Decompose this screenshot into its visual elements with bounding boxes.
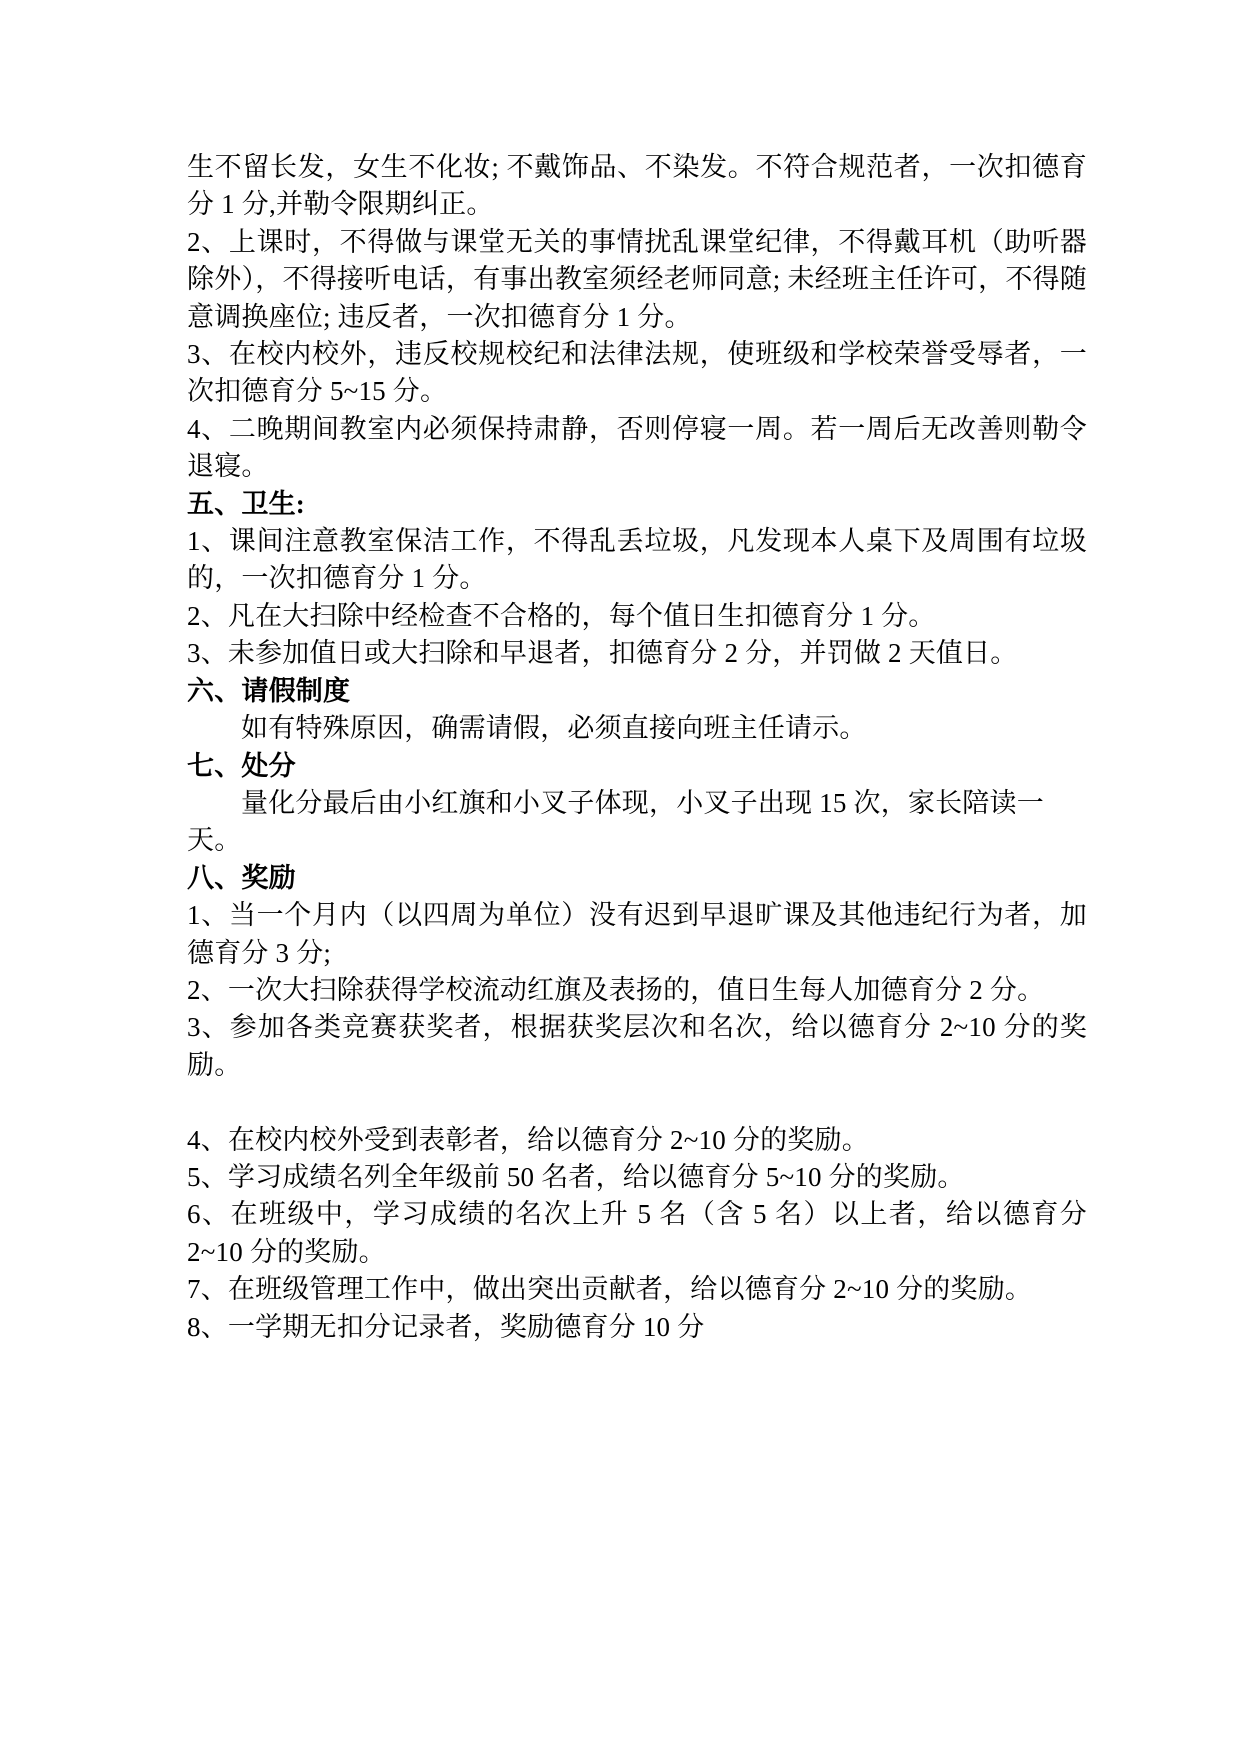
rule-item: 3、在校内校外，违反校规校纪和法律法规，使班级和学校荣誉受辱者，一次扣德育分 5… bbox=[187, 336, 1087, 411]
rule-item: 7、在班级管理工作中，做出突出贡献者，给以德育分 2~10 分的奖励。 bbox=[187, 1271, 1087, 1308]
rule-item: 2、上课时，不得做与课堂无关的事情扰乱课堂纪律，不得戴耳机（助听器除外），不得接… bbox=[187, 224, 1087, 336]
section-heading-leave: 六、请假制度 bbox=[187, 673, 1087, 710]
document-page: { "page": { "background_color": "#ffffff… bbox=[0, 0, 1241, 1754]
rule-item: 1、课间注意教室保洁工作，不得乱丢垃圾，凡发现本人桌下及周围有垃圾的，一次扣德育… bbox=[187, 523, 1087, 598]
section-body-punishment: 量化分最后由小红旗和小叉子体现，小叉子出现 15 次，家长陪读一天。 bbox=[187, 785, 1087, 860]
rule-item: 2、一次大扫除获得学校流动红旗及表扬的，值日生每人加德育分 2 分。 bbox=[187, 972, 1087, 1009]
blank-line bbox=[187, 1084, 1087, 1121]
document-body: 生不留长发，女生不化妆; 不戴饰品、不染发。不符合规范者，一次扣德育分 1 分,… bbox=[187, 149, 1087, 1346]
paragraph-continuation: 生不留长发，女生不化妆; 不戴饰品、不染发。不符合规范者，一次扣德育分 1 分,… bbox=[187, 149, 1087, 224]
rule-item: 8、一学期无扣分记录者，奖励德育分 10 分 bbox=[187, 1309, 1087, 1346]
rule-item: 6、在班级中，学习成绩的名次上升 5 名（含 5 名）以上者，给以德育分 2~1… bbox=[187, 1196, 1087, 1271]
rule-item: 5、学习成绩名列全年级前 50 名者，给以德育分 5~10 分的奖励。 bbox=[187, 1159, 1087, 1196]
section-heading-hygiene: 五、卫生: bbox=[187, 486, 1087, 523]
rule-item: 4、在校内校外受到表彰者，给以德育分 2~10 分的奖励。 bbox=[187, 1122, 1087, 1159]
rule-item: 1、当一个月内（以四周为单位）没有迟到早退旷课及其他违纪行为者，加德育分 3 分… bbox=[187, 897, 1087, 972]
section-heading-punishment: 七、处分 bbox=[187, 748, 1087, 785]
rule-item: 4、二晚期间教室内必须保持肃静，否则停寝一周。若一周后无改善则勒令退寝。 bbox=[187, 411, 1087, 486]
rule-item: 3、参加各类竞赛获奖者，根据获奖层次和名次，给以德育分 2~10 分的奖励。 bbox=[187, 1009, 1087, 1084]
section-heading-reward: 八、奖励 bbox=[187, 860, 1087, 897]
rule-item: 2、凡在大扫除中经检查不合格的，每个值日生扣德育分 1 分。 bbox=[187, 598, 1087, 635]
rule-item: 3、未参加值日或大扫除和早退者，扣德育分 2 分，并罚做 2 天值日。 bbox=[187, 635, 1087, 672]
section-body-leave: 如有特殊原因，确需请假，必须直接向班主任请示。 bbox=[187, 710, 1087, 747]
